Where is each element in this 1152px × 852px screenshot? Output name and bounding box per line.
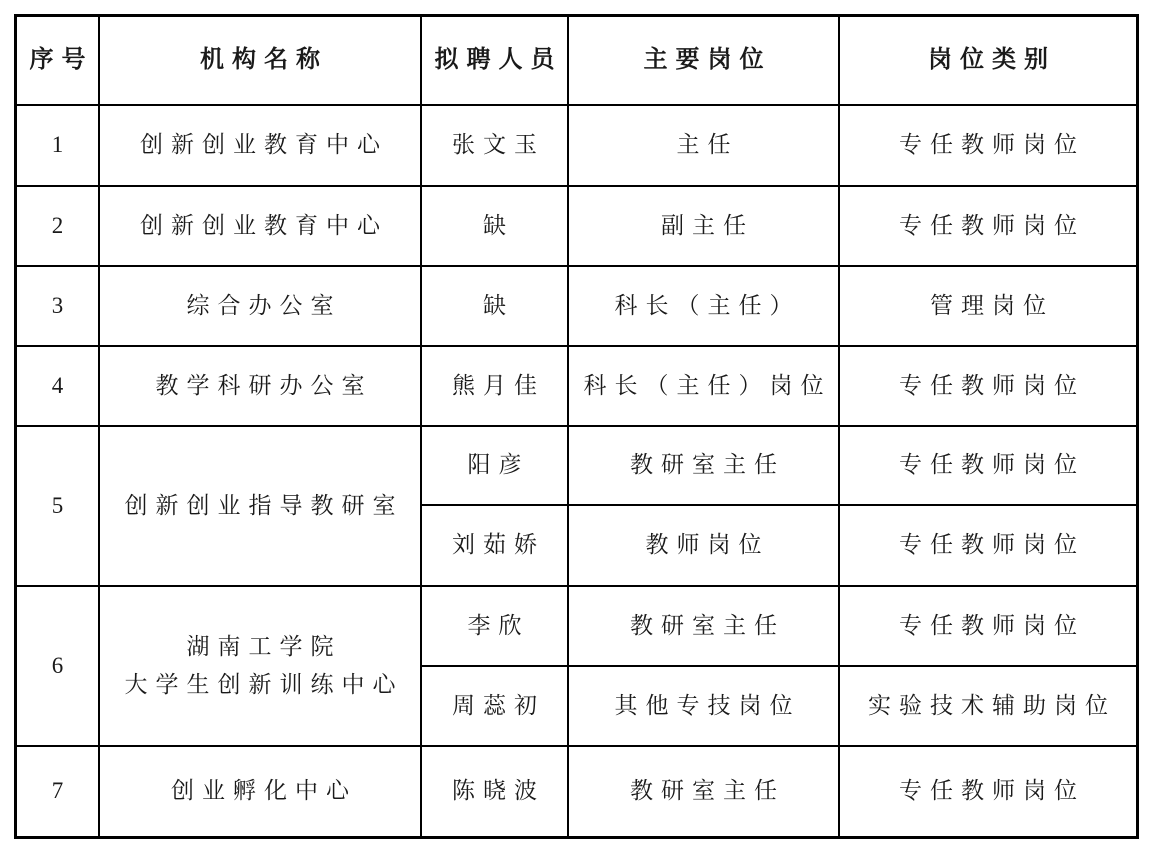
table-row: 1 创新创业教育中心 张文玉 主任 专任教师岗位 xyxy=(16,105,1137,186)
cell-category: 专任教师岗位 xyxy=(839,505,1137,586)
cell-org: 创业孵化中心 xyxy=(99,746,421,837)
cell-position: 教研室主任 xyxy=(568,586,839,666)
cell-no: 3 xyxy=(16,266,99,346)
table-row: 3 综合办公室 缺 科长（主任） 管理岗位 xyxy=(16,266,1137,346)
cell-person: 缺 xyxy=(421,186,568,266)
cell-person: 李欣 xyxy=(421,586,568,666)
cell-org: 综合办公室 xyxy=(99,266,421,346)
cell-person: 周蕊初 xyxy=(421,666,568,746)
header-category: 岗位类别 xyxy=(839,16,1137,105)
cell-org: 湖南工学院 大学生创新训练中心 xyxy=(99,586,421,746)
cell-category: 实验技术辅助岗位 xyxy=(839,666,1137,746)
cell-org: 创新创业指导教研室 xyxy=(99,426,421,586)
cell-org: 教学科研办公室 xyxy=(99,346,421,426)
cell-category: 专任教师岗位 xyxy=(839,346,1137,426)
cell-category: 专任教师岗位 xyxy=(839,105,1137,186)
cell-category: 专任教师岗位 xyxy=(839,586,1137,666)
table-row: 7 创业孵化中心 陈晓波 教研室主任 专任教师岗位 xyxy=(16,746,1137,837)
cell-no: 2 xyxy=(16,186,99,266)
cell-org: 创新创业教育中心 xyxy=(99,186,421,266)
cell-no: 4 xyxy=(16,346,99,426)
cell-person: 阳彦 xyxy=(421,426,568,505)
cell-person: 熊月佳 xyxy=(421,346,568,426)
appointment-table: 序号 机构名称 拟聘人员 主要岗位 岗位类别 1 创新创业教育中心 张文玉 主任… xyxy=(15,15,1138,838)
table-header-row: 序号 机构名称 拟聘人员 主要岗位 岗位类别 xyxy=(16,16,1137,105)
cell-no: 5 xyxy=(16,426,99,586)
cell-category: 专任教师岗位 xyxy=(839,426,1137,505)
org-line-1: 湖南工学院 xyxy=(104,628,416,666)
cell-no: 7 xyxy=(16,746,99,837)
table-row: 6 湖南工学院 大学生创新训练中心 李欣 教研室主任 专任教师岗位 xyxy=(16,586,1137,666)
cell-person: 缺 xyxy=(421,266,568,346)
table-row: 5 创新创业指导教研室 阳彦 教研室主任 专任教师岗位 xyxy=(16,426,1137,505)
header-org: 机构名称 xyxy=(99,16,421,105)
cell-position: 主任 xyxy=(568,105,839,186)
cell-org: 创新创业教育中心 xyxy=(99,105,421,186)
cell-no: 6 xyxy=(16,586,99,746)
cell-position: 副主任 xyxy=(568,186,839,266)
cell-no: 1 xyxy=(16,105,99,186)
cell-person: 张文玉 xyxy=(421,105,568,186)
table-row: 4 教学科研办公室 熊月佳 科长（主任）岗位 专任教师岗位 xyxy=(16,346,1137,426)
cell-position: 教研室主任 xyxy=(568,746,839,837)
cell-position: 科长（主任）岗位 xyxy=(568,346,839,426)
header-no: 序号 xyxy=(16,16,99,105)
table-row: 2 创新创业教育中心 缺 副主任 专任教师岗位 xyxy=(16,186,1137,266)
cell-position: 教师岗位 xyxy=(568,505,839,586)
cell-category: 专任教师岗位 xyxy=(839,186,1137,266)
cell-position: 其他专技岗位 xyxy=(568,666,839,746)
cell-position: 教研室主任 xyxy=(568,426,839,505)
cell-person: 陈晓波 xyxy=(421,746,568,837)
cell-position: 科长（主任） xyxy=(568,266,839,346)
header-person: 拟聘人员 xyxy=(421,16,568,105)
org-line-2: 大学生创新训练中心 xyxy=(104,666,416,704)
cell-person: 刘茹娇 xyxy=(421,505,568,586)
cell-category: 专任教师岗位 xyxy=(839,746,1137,837)
cell-category: 管理岗位 xyxy=(839,266,1137,346)
document-page: 序号 机构名称 拟聘人员 主要岗位 岗位类别 1 创新创业教育中心 张文玉 主任… xyxy=(0,0,1152,852)
header-position: 主要岗位 xyxy=(568,16,839,105)
